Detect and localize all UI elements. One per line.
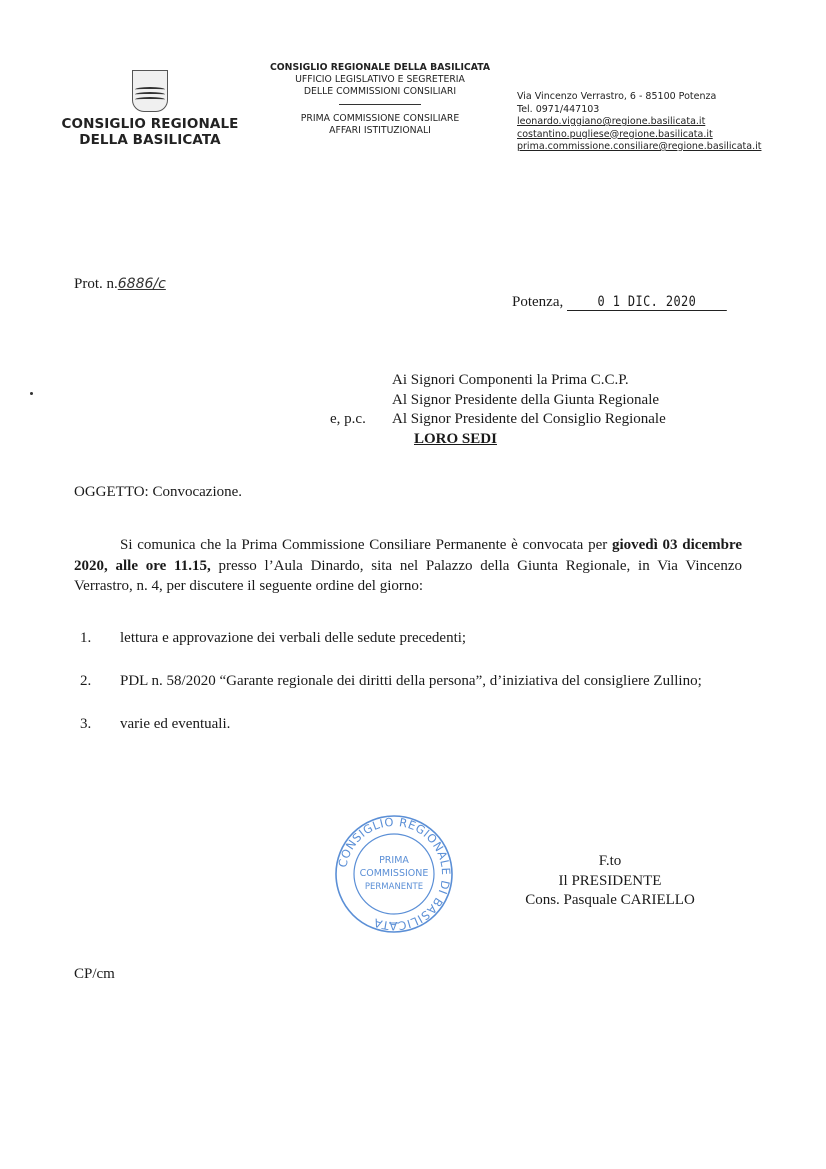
office-line2: UFFICIO LEGISLATIVO E SEGRETERIA (250, 74, 510, 86)
agenda-list: 1.lettura e approvazione dei verbali del… (74, 628, 742, 751)
signature-title: Il PRESIDENTE (500, 872, 720, 892)
date-stamp: 0 1 DIC. 2020 (567, 294, 727, 311)
cc-label: e, p.c. (330, 410, 392, 430)
svg-text:PERMANENTE: PERMANENTE (365, 882, 423, 892)
email-link-1[interactable]: leonardo.viggiano@regione.basilicata.it (517, 116, 761, 129)
protocol-value: 6886/c (118, 276, 166, 292)
header-divider (339, 104, 421, 105)
commission-line1: PRIMA COMMISSIONE CONSILIARE (250, 113, 510, 125)
commission-line2: AFFARI ISTITUZIONALI (250, 125, 510, 137)
subject-line: OGGETTO: Convocazione. (74, 484, 242, 501)
commission-stamp-icon: CONSIGLIO REGIONALE DI BASILICATA PRIMA … (333, 813, 455, 935)
author-reference: CP/cm (74, 966, 115, 983)
institution-logo: CONSIGLIO REGIONALE DELLA BASILICATA (60, 70, 240, 148)
body-text-part1: Si comunica che la Prima Commissione Con… (120, 537, 612, 553)
office-line3: DELLE COMMISSIONI CONSILIARI (250, 86, 510, 98)
signature-name: Cons. Pasquale CARIELLO (500, 891, 720, 911)
agenda-item: 1.lettura e approvazione dei verbali del… (74, 628, 742, 648)
email-link-2[interactable]: costantino.pugliese@regione.basilicata.i… (517, 129, 761, 142)
phone: Tel. 0971/447103 (517, 104, 761, 117)
logo-text-line1: CONSIGLIO REGIONALE (60, 116, 240, 132)
recipient-3: Al Signor Presidente del Consiglio Regio… (392, 410, 666, 430)
recipients-closing: LORO SEDI (392, 430, 497, 450)
body-paragraph: Si comunica che la Prima Commissione Con… (74, 535, 742, 597)
office-line1: CONSIGLIO REGIONALE DELLA BASILICATA (250, 62, 510, 74)
agenda-item: 2.PDL n. 58/2020 “Garante regionale dei … (74, 665, 742, 697)
svg-text:COMMISSIONE: COMMISSIONE (360, 868, 429, 879)
recipient-1: Ai Signori Componenti la Prima C.C.P. (392, 371, 629, 391)
protocol-label: Prot. n. (74, 276, 118, 292)
logo-text-line2: DELLA BASILICATA (60, 132, 240, 148)
email-link-3[interactable]: prima.commissione.consiliare@regione.bas… (517, 141, 761, 154)
recipients-block: Ai Signori Componenti la Prima C.C.P. Al… (330, 371, 666, 449)
contact-block: Via Vincenzo Verrastro, 6 - 85100 Potenz… (517, 91, 761, 154)
signature-fto: F.to (500, 852, 720, 872)
scan-speck (30, 392, 33, 395)
protocol-number: Prot. n.6886/c (74, 276, 166, 293)
svg-text:PRIMA: PRIMA (379, 855, 409, 866)
recipient-2: Al Signor Presidente della Giunta Region… (392, 391, 659, 411)
office-header: CONSIGLIO REGIONALE DELLA BASILICATA UFF… (250, 62, 510, 137)
signature-block: F.to Il PRESIDENTE Cons. Pasquale CARIEL… (500, 852, 720, 911)
document-date: Potenza, 0 1 DIC. 2020 (512, 294, 755, 311)
agenda-item: 3.varie ed eventuali. (74, 714, 742, 734)
regional-crest-icon (132, 70, 168, 112)
date-label: Potenza, (512, 294, 563, 310)
address: Via Vincenzo Verrastro, 6 - 85100 Potenz… (517, 91, 761, 104)
